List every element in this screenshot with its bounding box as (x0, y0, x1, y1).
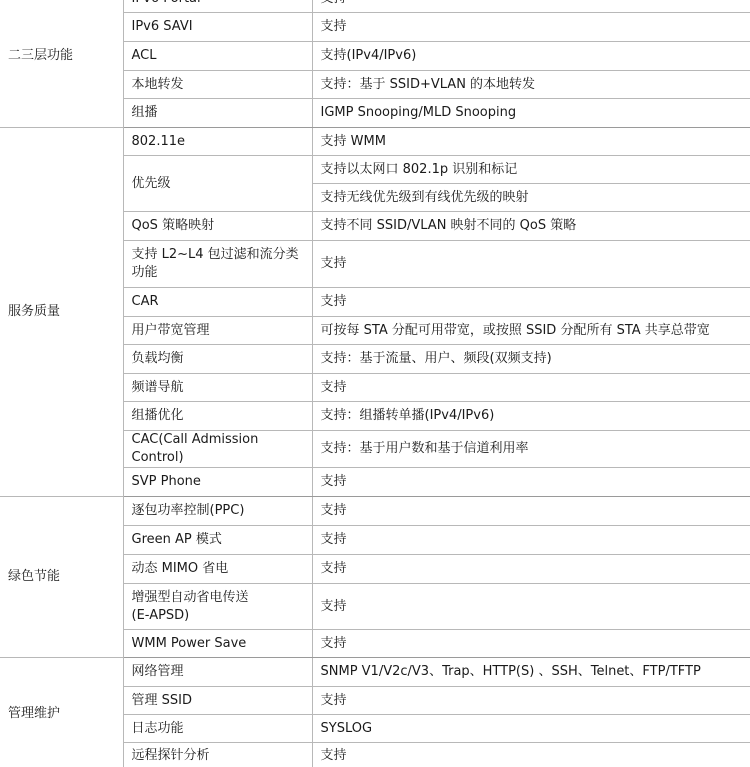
spec-cell: 可按每 STA 分配可用带宽，或按照 SSID 分配所有 STA 共享总带宽 (312, 317, 750, 345)
spec-cell: SNMP V1/V2c/V3、Trap、HTTP(S) 、SSH、Telnet、… (312, 658, 750, 687)
feature-cell: 负载均衡 (123, 345, 312, 374)
spec-cell: 支持 WMM (312, 128, 750, 156)
table-row: 绿色节能 逐包功率控制(PPC) 支持 (0, 497, 750, 526)
spec-cell: 支持 (312, 241, 750, 288)
feature-cell: 日志功能 (123, 715, 312, 743)
feature-cell: ACL (123, 42, 312, 71)
spec-cell: 支持 (312, 687, 750, 715)
spec-cell: 支持以太网口 802.1p 识别和标记 (312, 156, 750, 184)
spec-cell: 支持 (312, 0, 750, 13)
feature-cell: 频谱导航 (123, 374, 312, 402)
table-row: 管理维护 网络管理 SNMP V1/V2c/V3、Trap、HTTP(S) 、S… (0, 658, 750, 687)
spec-cell: 支持 (312, 288, 750, 317)
spec-cell: 支持 (312, 13, 750, 42)
spec-cell: 支持 (312, 584, 750, 630)
spec-cell: 支持 (312, 743, 750, 767)
feature-cell: IPv6 Portal (123, 0, 312, 13)
feature-cell: QoS 策略映射 (123, 212, 312, 241)
spec-cell: 支持：基于用户数和基于信道利用率 (312, 431, 750, 468)
table-row: 二三层功能 IPv6 Portal 支持 (0, 0, 750, 13)
feature-cell: 逐包功率控制(PPC) (123, 497, 312, 526)
spec-table: 二三层功能 IPv6 Portal 支持 IPv6 SAVI 支持 ACL 支持… (0, 0, 750, 767)
feature-cell: 用户带宽管理 (123, 317, 312, 345)
spec-cell: 支持：基于流量、用户、频段(双频支持) (312, 345, 750, 374)
table-row: 服务质量 802.11e 支持 WMM (0, 128, 750, 156)
feature-cell: 增强型自动省电传送(E-APSD) (123, 584, 312, 630)
spec-cell: 支持：组播转单播(IPv4/IPv6) (312, 402, 750, 431)
feature-cell: IPv6 SAVI (123, 13, 312, 42)
spec-cell: 支持不同 SSID/VLAN 映射不同的 QoS 策略 (312, 212, 750, 241)
spec-cell: 支持 (312, 468, 750, 497)
spec-cell: 支持无线优先级到有线优先级的映射 (312, 184, 750, 212)
feature-cell: Green AP 模式 (123, 526, 312, 555)
feature-cell: 支持 L2~L4 包过滤和流分类功能 (123, 241, 312, 288)
feature-cell: WMM Power Save (123, 630, 312, 658)
feature-cell: 动态 MIMO 省电 (123, 555, 312, 584)
feature-cell: 远程探针分析 (123, 743, 312, 767)
feature-cell: 管理 SSID (123, 687, 312, 715)
spec-cell: 支持 (312, 497, 750, 526)
spec-cell: 支持 (312, 374, 750, 402)
feature-cell: 网络管理 (123, 658, 312, 687)
spec-cell: SYSLOG (312, 715, 750, 743)
spec-cell: 支持：基于 SSID+VLAN 的本地转发 (312, 71, 750, 99)
feature-cell: 组播优化 (123, 402, 312, 431)
spec-cell: 支持 (312, 526, 750, 555)
spec-cell: IGMP Snooping/MLD Snooping (312, 99, 750, 128)
spec-cell: 支持(IPv4/IPv6) (312, 42, 750, 71)
feature-cell: 802.11e (123, 128, 312, 156)
feature-cell: CAC(Call Admission Control) (123, 431, 312, 468)
feature-cell: 本地转发 (123, 71, 312, 99)
spec-cell: 支持 (312, 555, 750, 584)
spec-cell: 支持 (312, 630, 750, 658)
feature-cell: 优先级 (123, 156, 312, 212)
category-cell: 管理维护 (0, 658, 123, 767)
category-cell: 二三层功能 (0, 0, 123, 128)
feature-cell: 组播 (123, 99, 312, 128)
feature-cell: CAR (123, 288, 312, 317)
category-cell: 服务质量 (0, 128, 123, 497)
category-cell: 绿色节能 (0, 497, 123, 658)
feature-cell: SVP Phone (123, 468, 312, 497)
